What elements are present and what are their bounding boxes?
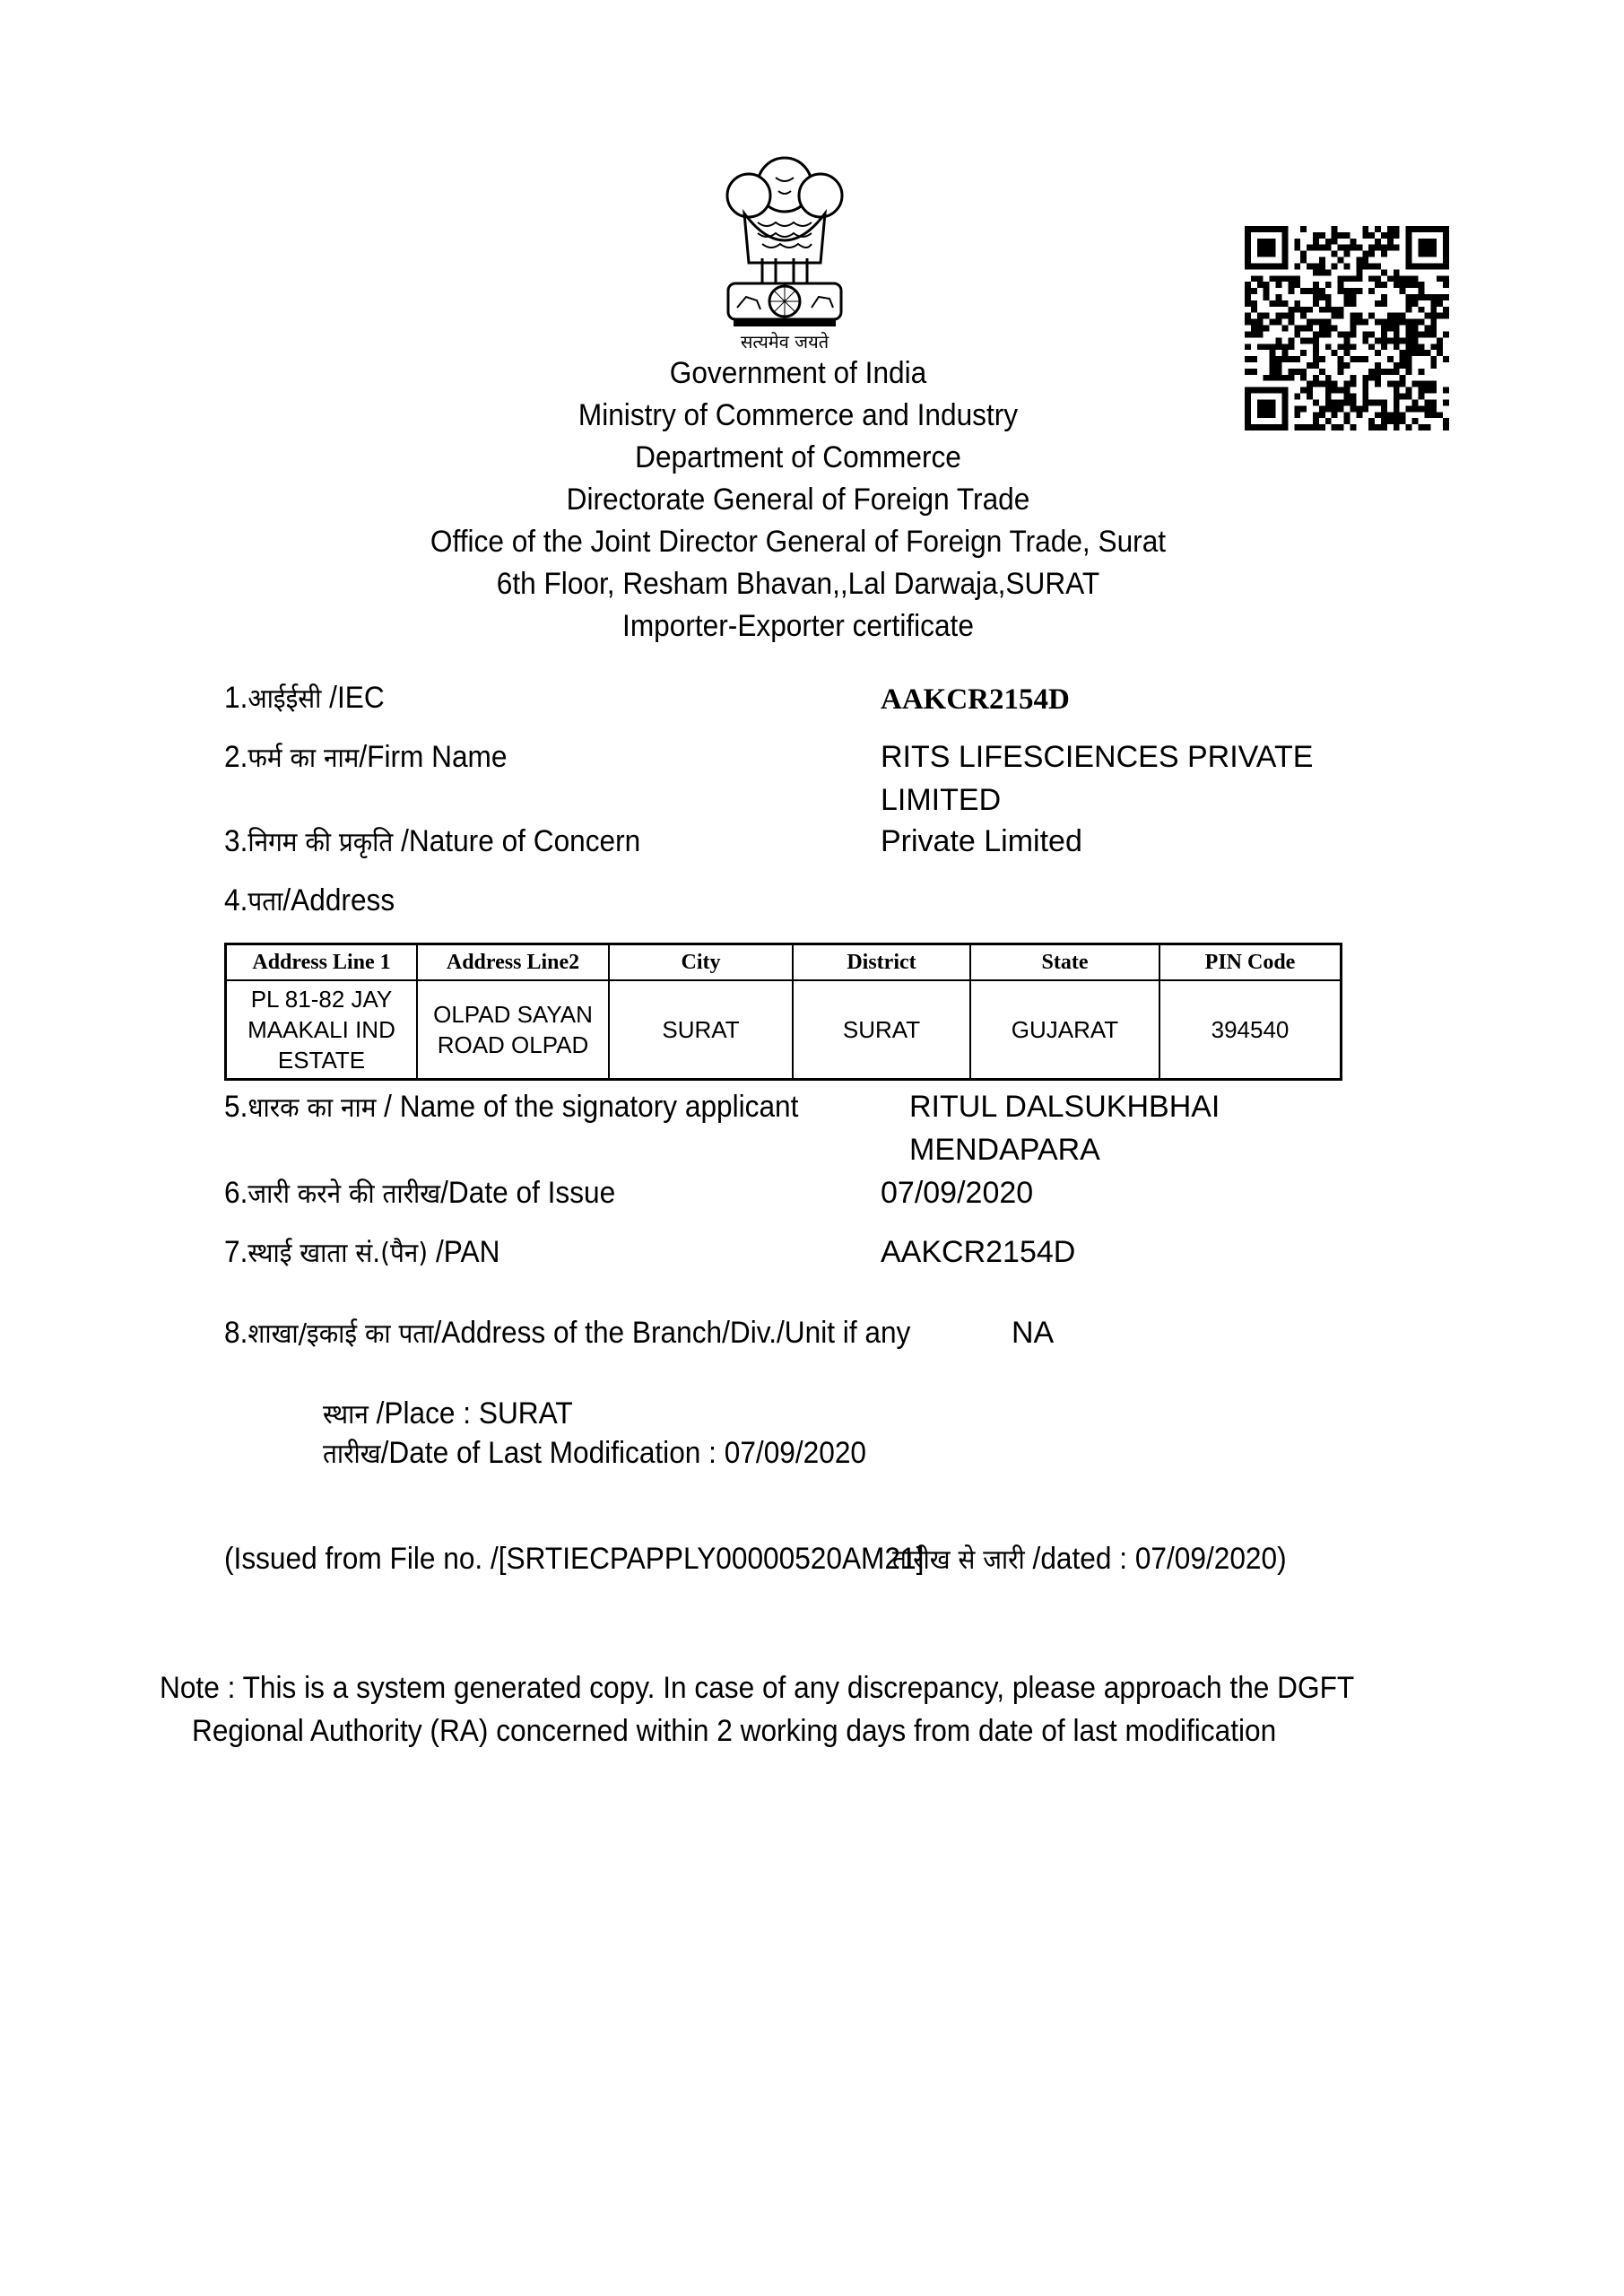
signatory-value-line1: RITUL DALSUKHBHAI [909,1085,1220,1128]
branch-address-value: NA [1012,1311,1054,1354]
iec-label: 1.आईईसी /IEC [224,680,385,717]
address-table-header-row: Address Line 1 Address Line2 City Distri… [226,944,1342,981]
signatory-label: 5.धारक का नाम / Name of the signatory ap… [224,1089,798,1126]
header-department: Department of Commerce [306,439,1290,475]
date-of-issue-label: 6.जारी करने की तारीख/Date of Issue [224,1175,615,1213]
header-directorate: Directorate General of Foreign Trade [306,482,1290,517]
col-header-state: State [970,944,1159,981]
col-header-address-line1: Address Line 1 [226,944,418,981]
place-line: स्थान /Place : SURAT [323,1396,573,1433]
file-number: SRTIECPAPPLY00000520AM21 [507,1542,916,1576]
cell-district: SURAT [793,980,970,1080]
firm-name-label: 2.फर्म का नाम/Firm Name [224,739,507,777]
col-header-address-line2: Address Line2 [417,944,609,981]
cell-address-line1: PL 81-82 JAY MAAKALI IND ESTATE [226,980,418,1080]
date-of-issue-value: 07/09/2020 [881,1171,1033,1214]
firm-name-value-line2: LIMITED [881,778,1001,822]
address-table: Address Line 1 Address Line2 City Distri… [224,943,1342,1081]
last-modification-line: तारीख/Date of Last Modification : 07/09/… [323,1435,866,1473]
col-header-pin-code: PIN Code [1159,944,1342,981]
nature-of-concern-label: 3.निगम की प्रकृति /Nature of Concern [224,823,640,861]
national-emblem-icon [708,151,861,330]
cell-city: SURAT [609,980,793,1080]
signatory-value-line2: MENDAPARA [909,1128,1100,1171]
pan-value: AAKCR2154D [881,1231,1075,1274]
header-government: Government of India [306,355,1290,391]
note-line1: Note : This is a system generated copy. … [160,1666,1354,1709]
branch-address-label: 8.शाखा/इकाई का पता/Address of the Branch… [224,1315,910,1352]
header-office: Office of the Joint Director General of … [306,524,1290,560]
note-line2: Regional Authority (RA) concerned within… [192,1709,1276,1752]
firm-name-value-line1: RITS LIFESCIENCES PRIVATE [881,735,1313,778]
emblem-motto: सत्यमेव जयते [673,332,897,352]
cell-pin-code: 394540 [1159,980,1342,1080]
certificate-title: Importer-Exporter certificate [306,608,1290,644]
header-office-address: 6th Floor, Resham Bhavan,,Lal Darwaja,SU… [306,566,1290,602]
cell-address-line2: OLPAD SAYAN ROAD OLPAD [417,980,609,1080]
col-header-city: City [609,944,793,981]
issued-from-file-line: (Issued from File no. /[SRTIECPAPPLY0000… [224,1537,1287,1582]
nature-of-concern-value: Private Limited [881,820,1082,863]
pan-label: 7.स्थाई खाता सं.(पैन) /PAN [224,1234,499,1272]
iec-value: AAKCR2154D [881,678,1070,721]
issued-dated-value: 07/09/2020 [1135,1542,1277,1576]
col-header-district: District [793,944,970,981]
last-modification-value: 07/09/2020 [725,1436,866,1470]
header-ministry: Ministry of Commerce and Industry [306,397,1290,433]
table-row: PL 81-82 JAY MAAKALI IND ESTATE OLPAD SA… [226,980,1342,1080]
place-value: SURAT [479,1396,573,1431]
address-label: 4.पता/Address [224,883,395,920]
cell-state: GUJARAT [970,980,1159,1080]
